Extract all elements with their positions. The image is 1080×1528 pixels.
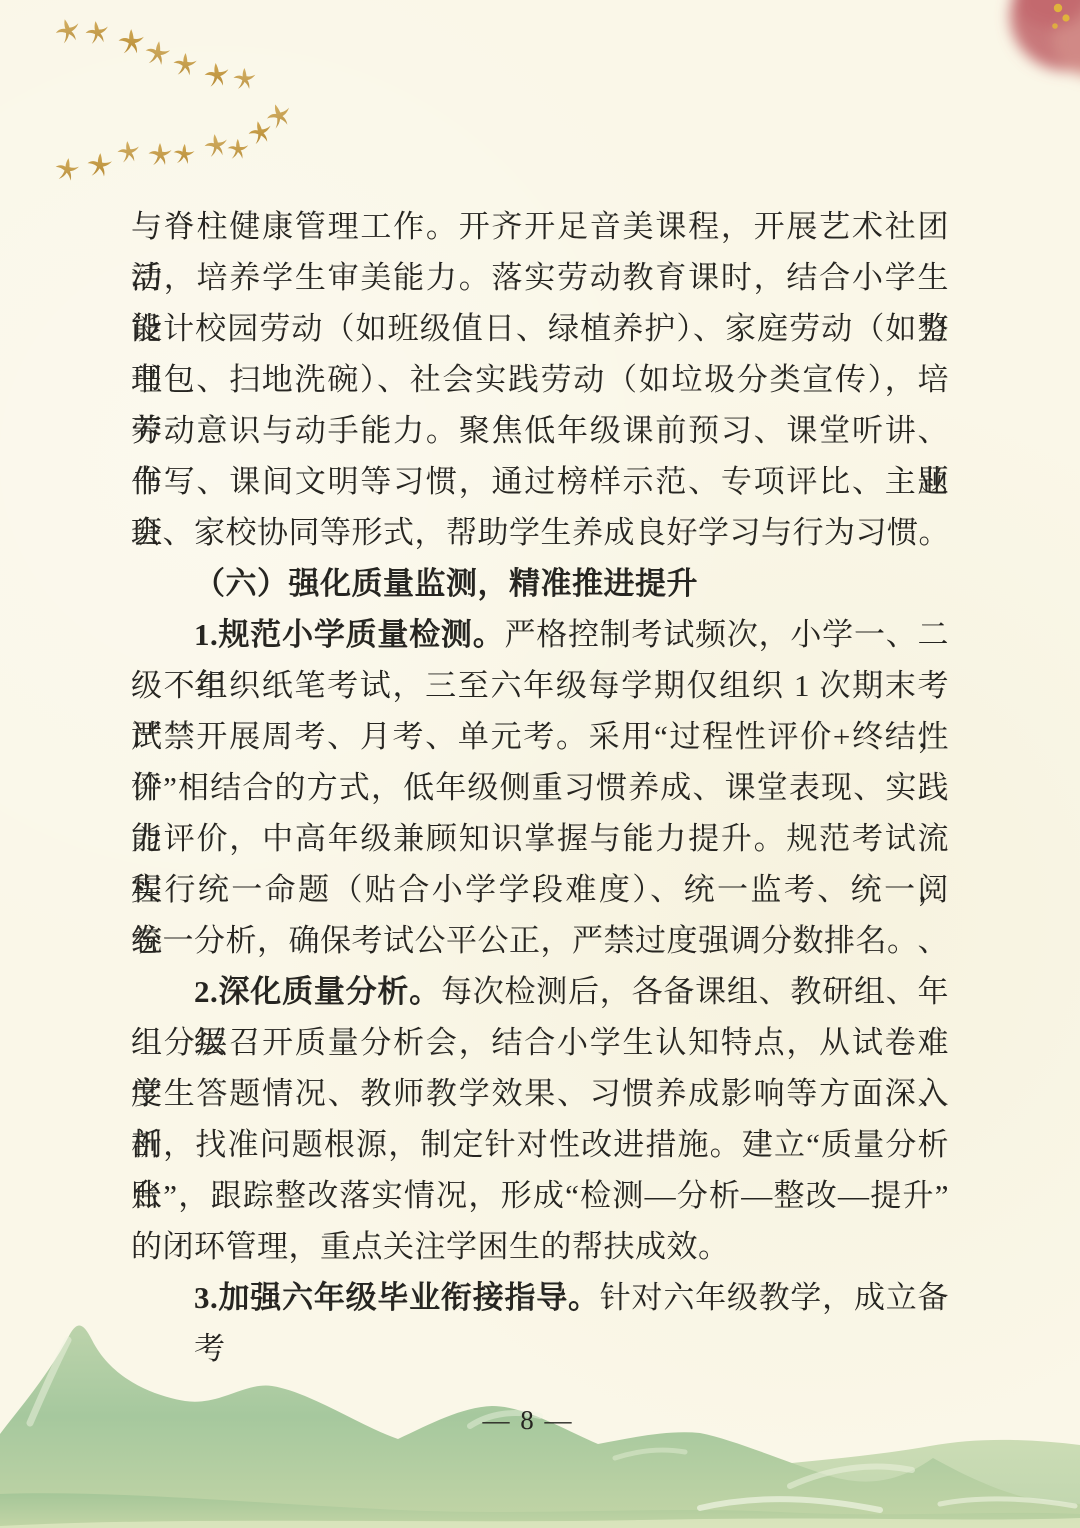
text-line: 学生答题情况、教师教学效果、习惯养成影响等方面深入剖	[131, 1068, 949, 1119]
bird-icon	[203, 133, 229, 158]
text-line: 实行统一命题（贴合小学学段难度）、统一监考、统一阅卷、	[131, 864, 949, 915]
text-line: 劳动意识与动手能力。聚焦低年级课前预习、课堂听讲、作业	[131, 405, 949, 456]
bird-icon	[116, 140, 140, 163]
text-line: 组分层召开质量分析会，结合小学生认知特点，从试卷难度、	[131, 1017, 949, 1068]
bird-icon	[264, 101, 294, 130]
bird-icon	[149, 143, 172, 165]
bird-icon	[53, 16, 82, 45]
text-line: （六）强化质量监测，精准推进提升	[131, 558, 949, 609]
body-text: 与脊柱健康管理工作。开齐开足音美课程，开展艺术社团活动，培养学生审美能力。落实劳…	[131, 201, 949, 1323]
bird-icon	[173, 52, 197, 75]
bird-icon	[246, 119, 273, 145]
text-line: 账”，跟踪整改落实情况，形成“检测—分析—整改—提升”	[131, 1170, 949, 1221]
bold-text-segment: 1.规范小学质量检测。	[194, 617, 504, 652]
bird-icon	[87, 152, 113, 177]
bird-icon	[227, 139, 248, 159]
text-line: 动，培养学生审美能力。落实劳动教育课时，结合小学生能力	[131, 252, 949, 303]
text-segment: 账”，跟踪整改落实情况，形成“检测—分析—整改—提升”	[131, 1178, 949, 1213]
text-line: 级不组织纸笔考试，三至六年级每学期仅组织 1 次期末考试，	[131, 660, 949, 711]
bird-icon	[84, 20, 110, 45]
bold-text-segment: 2.深化质量分析。	[194, 974, 441, 1009]
flying-birds-icon	[32, 2, 352, 202]
text-line: 会、家校协同等形式，帮助学生养成良好学习与行为习惯。	[131, 507, 949, 558]
bird-icon	[119, 29, 144, 53]
text-line: 析，找准问题根源，制定针对性改进措施。建立“质量分析台	[131, 1119, 949, 1170]
page-number: — 8 —	[0, 1405, 1056, 1436]
text-line: 价”相结合的方式，低年级侧重习惯养成、课堂表现、实践能	[131, 762, 949, 813]
text-line: 2.深化质量分析。每次检测后，各备课组、教研组、年级	[131, 966, 949, 1017]
text-line: 统一分析，确保考试公平公正，严禁过度强调分数排名。	[131, 915, 949, 966]
text-line: 1.规范小学质量检测。严格控制考试频次，小学一、二年	[131, 609, 949, 660]
text-line: 设计校园劳动（如班级值日、绿植养护）、家庭劳动（如整理	[131, 303, 949, 354]
text-segment: 会、家校协同等形式，帮助学生养成良好学习与行为习惯。	[131, 515, 950, 550]
bird-icon	[204, 62, 230, 87]
mountains-graphic	[0, 1258, 1080, 1528]
text-line: 与脊柱健康管理工作。开齐开足音美课程，开展艺术社团活	[131, 201, 949, 252]
bird-icon	[233, 68, 255, 89]
bird-icon	[144, 40, 171, 66]
document-page: 与脊柱健康管理工作。开齐开足音美课程，开展艺术社团活动，培养学生审美能力。落实劳…	[0, 0, 1080, 1528]
text-line: 书写、课间文明等习惯，通过榜样示范、专项评比、主题班	[131, 456, 949, 507]
text-line: 严禁开展周考、月考、单元考。采用“过程性评价+终结性评	[131, 711, 949, 762]
text-segment: 统一分析，确保考试公平公正，严禁过度强调分数排名。	[131, 923, 919, 958]
bold-text-segment: （六）强化质量监测，精准推进提升	[194, 566, 698, 601]
text-line: 书包、扫地洗碗）、社会实践劳动（如垃圾分类宣传），培养	[131, 354, 949, 405]
bird-icon	[173, 143, 195, 165]
bird-icon	[54, 157, 80, 182]
watercolor-flower-icon	[968, 0, 1080, 98]
text-line: 力评价，中高年级兼顾知识掌握与能力提升。规范考试流程，	[131, 813, 949, 864]
